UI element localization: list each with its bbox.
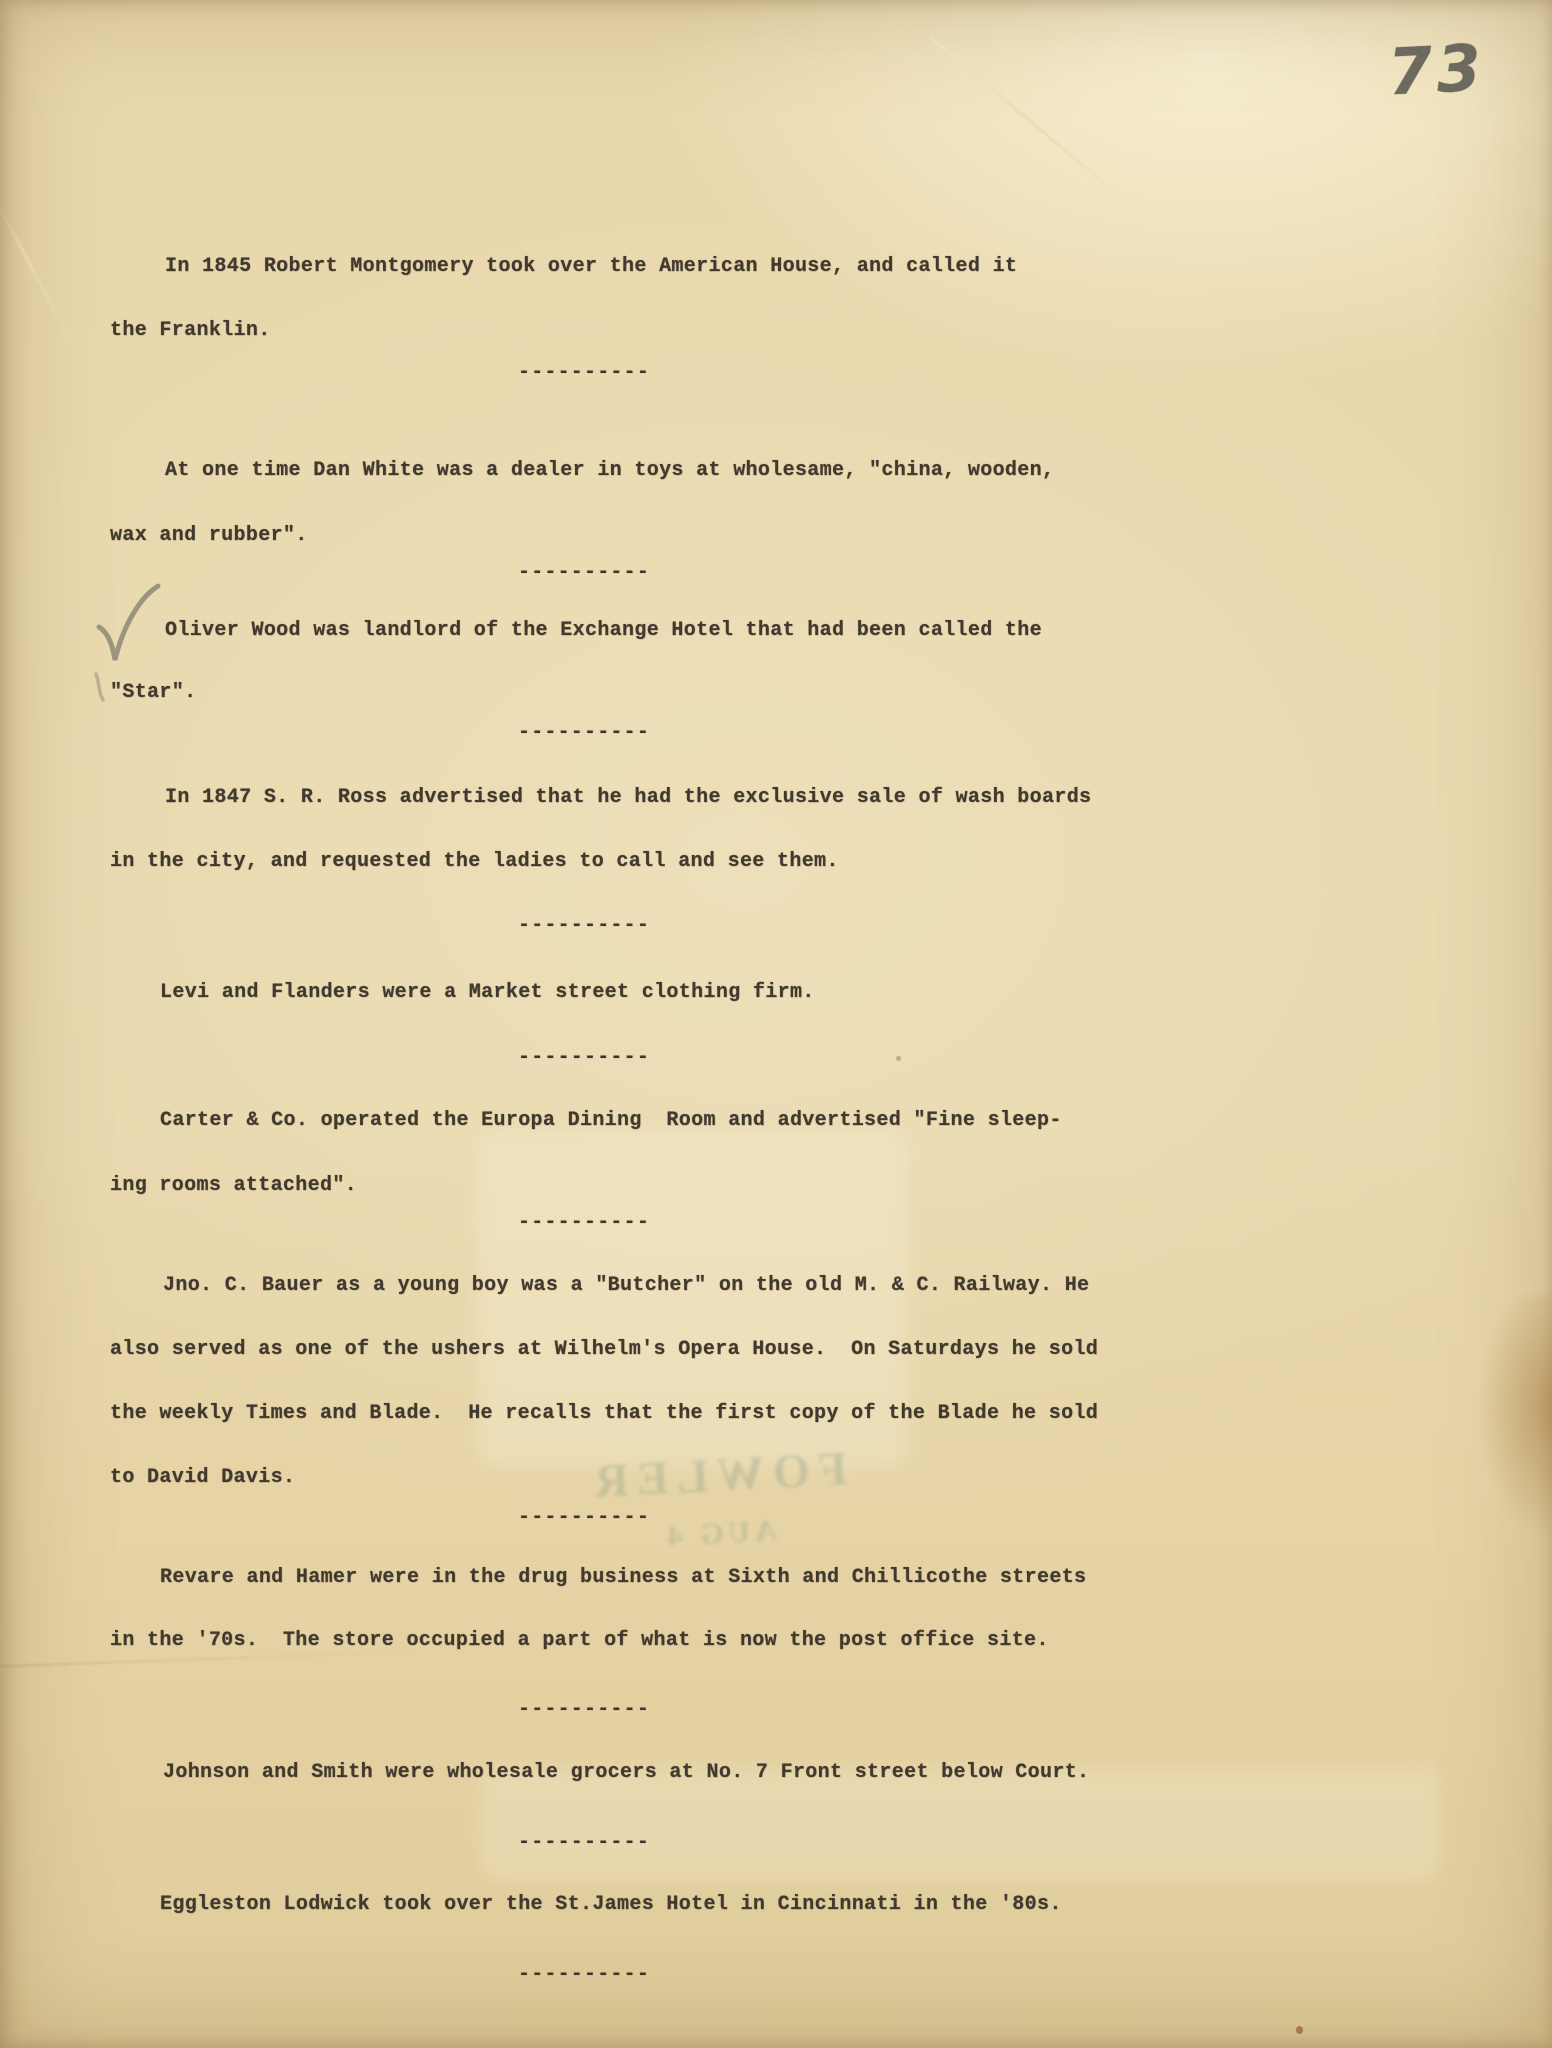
typewritten-line: Carter & Co. operated the Europa Dining … xyxy=(160,1108,1062,1134)
stamp-bleedthrough: FOWLER AUG 4 xyxy=(496,1437,941,1563)
section-separator: ---------- xyxy=(518,1697,650,1723)
page-number-handwritten: 73 xyxy=(1386,32,1487,111)
section-separator: ---------- xyxy=(518,1505,650,1531)
stain xyxy=(1475,1295,1552,1545)
typewritten-line: "Star". xyxy=(110,680,196,706)
typewritten-line: the Franklin. xyxy=(110,318,271,344)
typewritten-line: also served as one of the ushers at Wilh… xyxy=(110,1337,1098,1363)
section-separator: ---------- xyxy=(518,1830,650,1856)
section-separator: ---------- xyxy=(518,913,650,939)
section-separator: ---------- xyxy=(518,1210,650,1236)
typewritten-line: in the '70s. The store occupied a part o… xyxy=(110,1628,1049,1654)
speck xyxy=(896,1056,901,1061)
typewritten-line: In 1847 S. R. Ross advertised that he ha… xyxy=(165,785,1091,811)
speck xyxy=(1296,2026,1303,2034)
typewritten-line: Eggleston Lodwick took over the St.James… xyxy=(160,1892,1062,1918)
typewritten-line: Jno. C. Bauer as a young boy was a "Butc… xyxy=(163,1273,1089,1299)
typewritten-line: In 1845 Robert Montgomery took over the … xyxy=(165,254,1017,280)
typewritten-line: to David Davis. xyxy=(110,1465,295,1491)
section-separator: ---------- xyxy=(518,720,650,746)
typewritten-line: Oliver Wood was landlord of the Exchange… xyxy=(165,618,1042,644)
stamp-line: FOWLER xyxy=(496,1437,938,1515)
typewritten-line: the weekly Times and Blade. He recalls t… xyxy=(110,1401,1098,1427)
section-separator: ---------- xyxy=(518,360,650,386)
manuscript-page: FOWLER AUG 4 73 In 1845 Robert Montgomer… xyxy=(0,0,1552,2048)
typewritten-line: Levi and Flanders were a Market street c… xyxy=(160,980,815,1006)
crease xyxy=(0,151,75,347)
typewritten-line: wax and rubber". xyxy=(110,523,308,549)
typewritten-line: At one time Dan White was a dealer in to… xyxy=(165,458,1054,484)
section-separator: ---------- xyxy=(518,560,650,586)
section-separator: ---------- xyxy=(518,1045,650,1071)
crease xyxy=(930,37,1130,206)
typewritten-line: ing rooms attached". xyxy=(110,1173,357,1199)
typewritten-line: Revare and Hamer were in the drug busine… xyxy=(160,1565,1086,1591)
typewritten-line: Johnson and Smith were wholesale grocers… xyxy=(163,1760,1089,1786)
typewritten-line: in the city, and requested the ladies to… xyxy=(110,849,839,875)
section-separator: ---------- xyxy=(518,1962,650,1988)
